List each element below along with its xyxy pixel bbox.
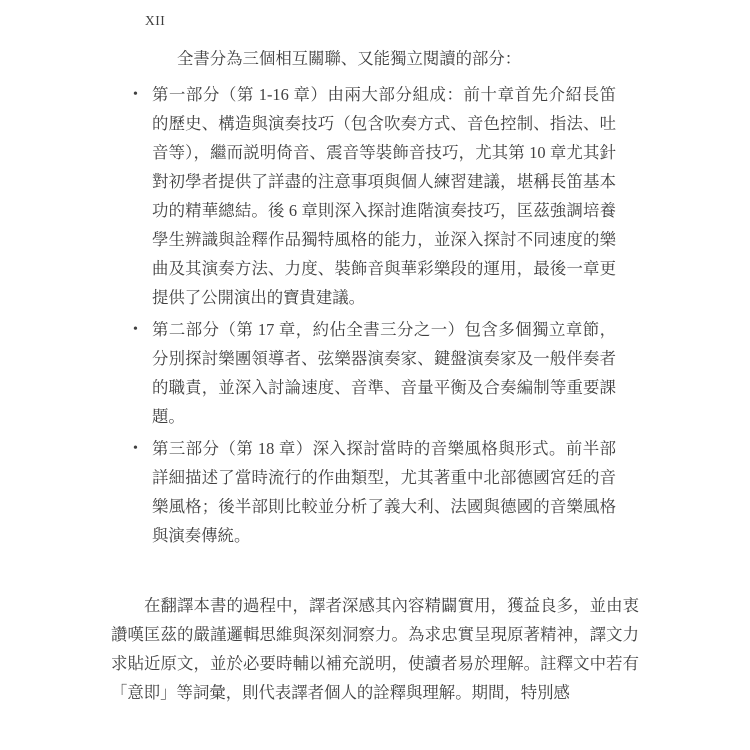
bullet-icon: • <box>133 434 138 463</box>
section-bullet-list: • 第一部分（第 1-16 章）由兩大部分組成：前十章首先介紹長笛的歷史、構造與… <box>152 80 616 553</box>
bullet-icon: • <box>133 80 138 109</box>
closing-paragraph: 在翻譯本書的過程中，譯者深感其內容精闢實用，獲益良多，並由衷讚嘆匡茲的嚴謹邏輯思… <box>111 591 639 707</box>
page-number: XII <box>145 13 165 29</box>
list-item-text: 第二部分（第 17 章，約佔全書三分之一）包含多個獨立章節，分別探討樂團領導者、… <box>152 320 616 426</box>
list-item: • 第三部分（第 18 章）深入探討當時的音樂風格與形式。前半部詳細描述了當時流… <box>152 434 616 550</box>
list-item-text: 第一部分（第 1-16 章）由兩大部分組成：前十章首先介紹長笛的歷史、構造與演奏… <box>152 85 616 307</box>
list-item-text: 第三部分（第 18 章）深入探討當時的音樂風格與形式。前半部詳細描述了當時流行的… <box>152 439 616 545</box>
book-page: XII 全書分為三個相互關聯、又能獨立閱讀的部分： • 第一部分（第 1-16 … <box>0 0 750 750</box>
intro-paragraph: 全書分為三個相互關聯、又能獨立閱讀的部分： <box>177 44 521 73</box>
list-item: • 第二部分（第 17 章，約佔全書三分之一）包含多個獨立章節，分別探討樂團領導… <box>152 315 616 431</box>
bullet-icon: • <box>133 315 138 344</box>
list-item: • 第一部分（第 1-16 章）由兩大部分組成：前十章首先介紹長笛的歷史、構造與… <box>152 80 616 312</box>
